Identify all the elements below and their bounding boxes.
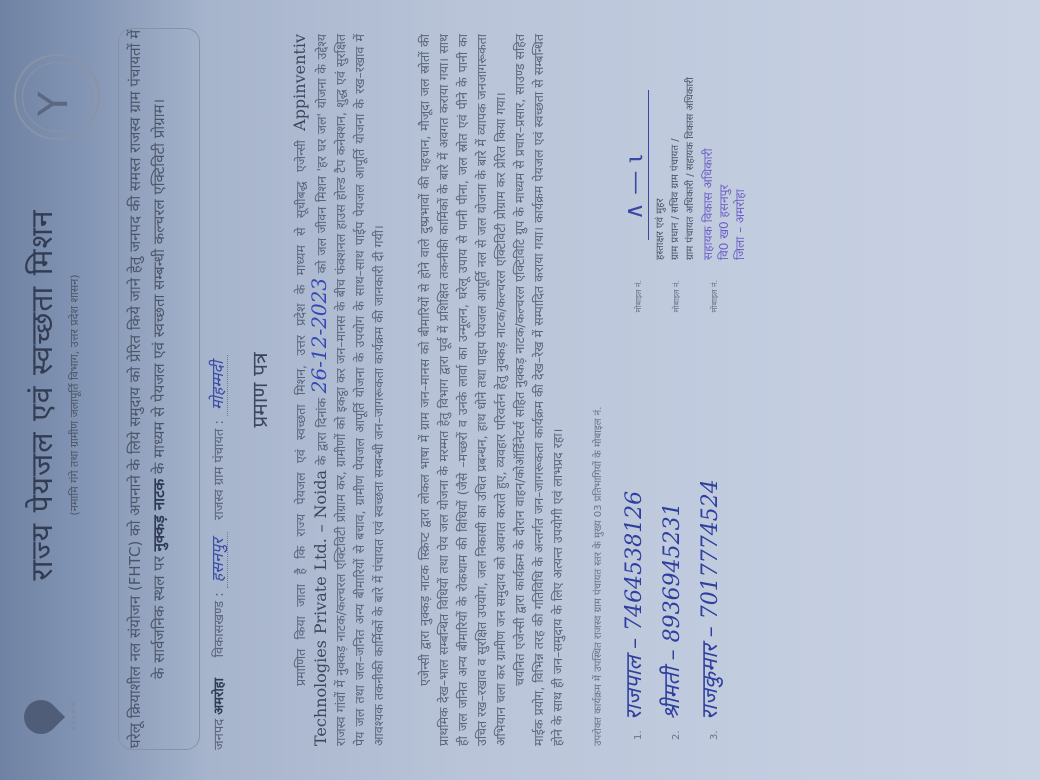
official-stamp: सहायक विकास अधिकारी वि0 ख0 हसनपुर जिला –… <box>700 20 748 260</box>
signature-area: ∧ — ι हस्ताक्षर एवं मुहर ग्राम प्रधान / … <box>620 20 748 260</box>
logo-caption: रा.पे.ए.स्व.मि. <box>70 680 78 750</box>
up-government-emblem-icon: Y <box>14 54 100 140</box>
mobile-tag: मोबाइल नं. <box>633 280 644 330</box>
location-row: जनपद अमरोहा विकासखण्ड : हसनपुर राजस्व ग्… <box>206 30 228 750</box>
paragraph-2: एजेन्सी द्वारा नुक्कड़ नाटक स्क्रिप्ट द्… <box>415 34 510 746</box>
stamp-line: वि0 ख0 हसनपुर <box>716 20 732 260</box>
list-item: 1. राजपाल – 7464538126 मोबाइल नं. <box>618 280 656 740</box>
mobile-tag: मोबाइल नं. <box>709 280 720 330</box>
list-item: 2. श्रीमती – 8936945231 मोबाइल नं. <box>656 280 694 740</box>
participants-list: 1. राजपाल – 7464538126 मोबाइल नं. 2. श्र… <box>618 280 732 740</box>
item-number: 1. <box>633 720 644 740</box>
signature-label-line: ग्राम प्रधान / सचिव ग्राम पंचायत / <box>668 20 683 260</box>
signature-label: हस्ताक्षर एवं मुहर ग्राम प्रधान / सचिव ग… <box>653 20 698 260</box>
signature-label-line: ग्राम पंचायत अधिकारी / सहायक विकास अधिका… <box>683 20 698 260</box>
stamp-line: जिला – अमरोहा <box>732 20 748 260</box>
certificate-title: प्रमाण पत्र <box>246 0 274 780</box>
signature-label-line: हस्ताक्षर एवं मुहर <box>653 20 668 260</box>
block-label: विकासखण्ड : <box>212 592 227 657</box>
program-highlight: नुक्कड़ नाटक <box>150 479 168 552</box>
paragraph-3: चयनित एजेन्सी द्वारा कार्यक्रम के दौरान … <box>510 34 567 746</box>
signature-line <box>648 90 649 240</box>
page-title: राज्य पेयजल एवं स्वच्छता मिशन <box>20 180 61 610</box>
participants-note: उपरोक्त कार्यक्रम में उपस्थित राजस्व ग्र… <box>590 34 604 746</box>
panchayat-value: मोहम्मदी <box>208 355 228 416</box>
program-text-after: के माध्यम से पेयजल एवं स्वच्छता सम्बन्धी… <box>150 99 168 479</box>
item-number: 2. <box>671 720 682 740</box>
program-description-box: घरेलू क्रियाशील नल संयोजन (FHTC) को अपना… <box>118 28 200 750</box>
participant-entry: श्रीमती – 8936945231 <box>656 330 686 720</box>
item-number: 3. <box>709 720 720 740</box>
certificate-page: रा.पे.ए.स्व.मि. राज्य पेयजल एवं स्वच्छता… <box>0 0 1040 780</box>
emblem-glyph: Y <box>34 92 74 116</box>
p1-part-a: प्रमाणित किया जाता है कि राज्य पेयजल एवं… <box>293 131 308 686</box>
list-item: 3. राजकुमार – 7017774524 मोबाइल नं. <box>694 280 732 740</box>
p1-part-b: के द्वारा दिनांक <box>314 393 329 470</box>
mobile-tag: मोबाइल नं. <box>671 280 682 330</box>
event-date: 26-12-2023 <box>307 278 331 393</box>
handwritten-signature: ∧ — ι <box>620 20 648 220</box>
mission-logo: रा.पे.ए.स्व.मि. <box>10 642 120 752</box>
page-subtitle: (नमामि गंगे तथा ग्रामीण जलापूर्ति विभाग,… <box>67 180 82 610</box>
stamp-line: सहायक विकास अधिकारी <box>700 20 716 260</box>
block-value: हसनपुर <box>208 532 228 588</box>
district-value: अमरोहा <box>212 678 227 715</box>
district-label: जनपद <box>212 719 227 750</box>
water-drop-icon <box>17 693 65 741</box>
participant-entry: राजपाल – 7464538126 <box>618 330 648 720</box>
paragraph-1: प्रमाणित किया जाता है कि राज्य पेयजल एवं… <box>290 34 388 746</box>
participant-entry: राजकुमार – 7017774524 <box>694 330 724 720</box>
header: राज्य पेयजल एवं स्वच्छता मिशन (नमामि गंग… <box>20 180 82 610</box>
panchayat-label: राजस्व ग्राम पंचायत : <box>212 420 227 520</box>
